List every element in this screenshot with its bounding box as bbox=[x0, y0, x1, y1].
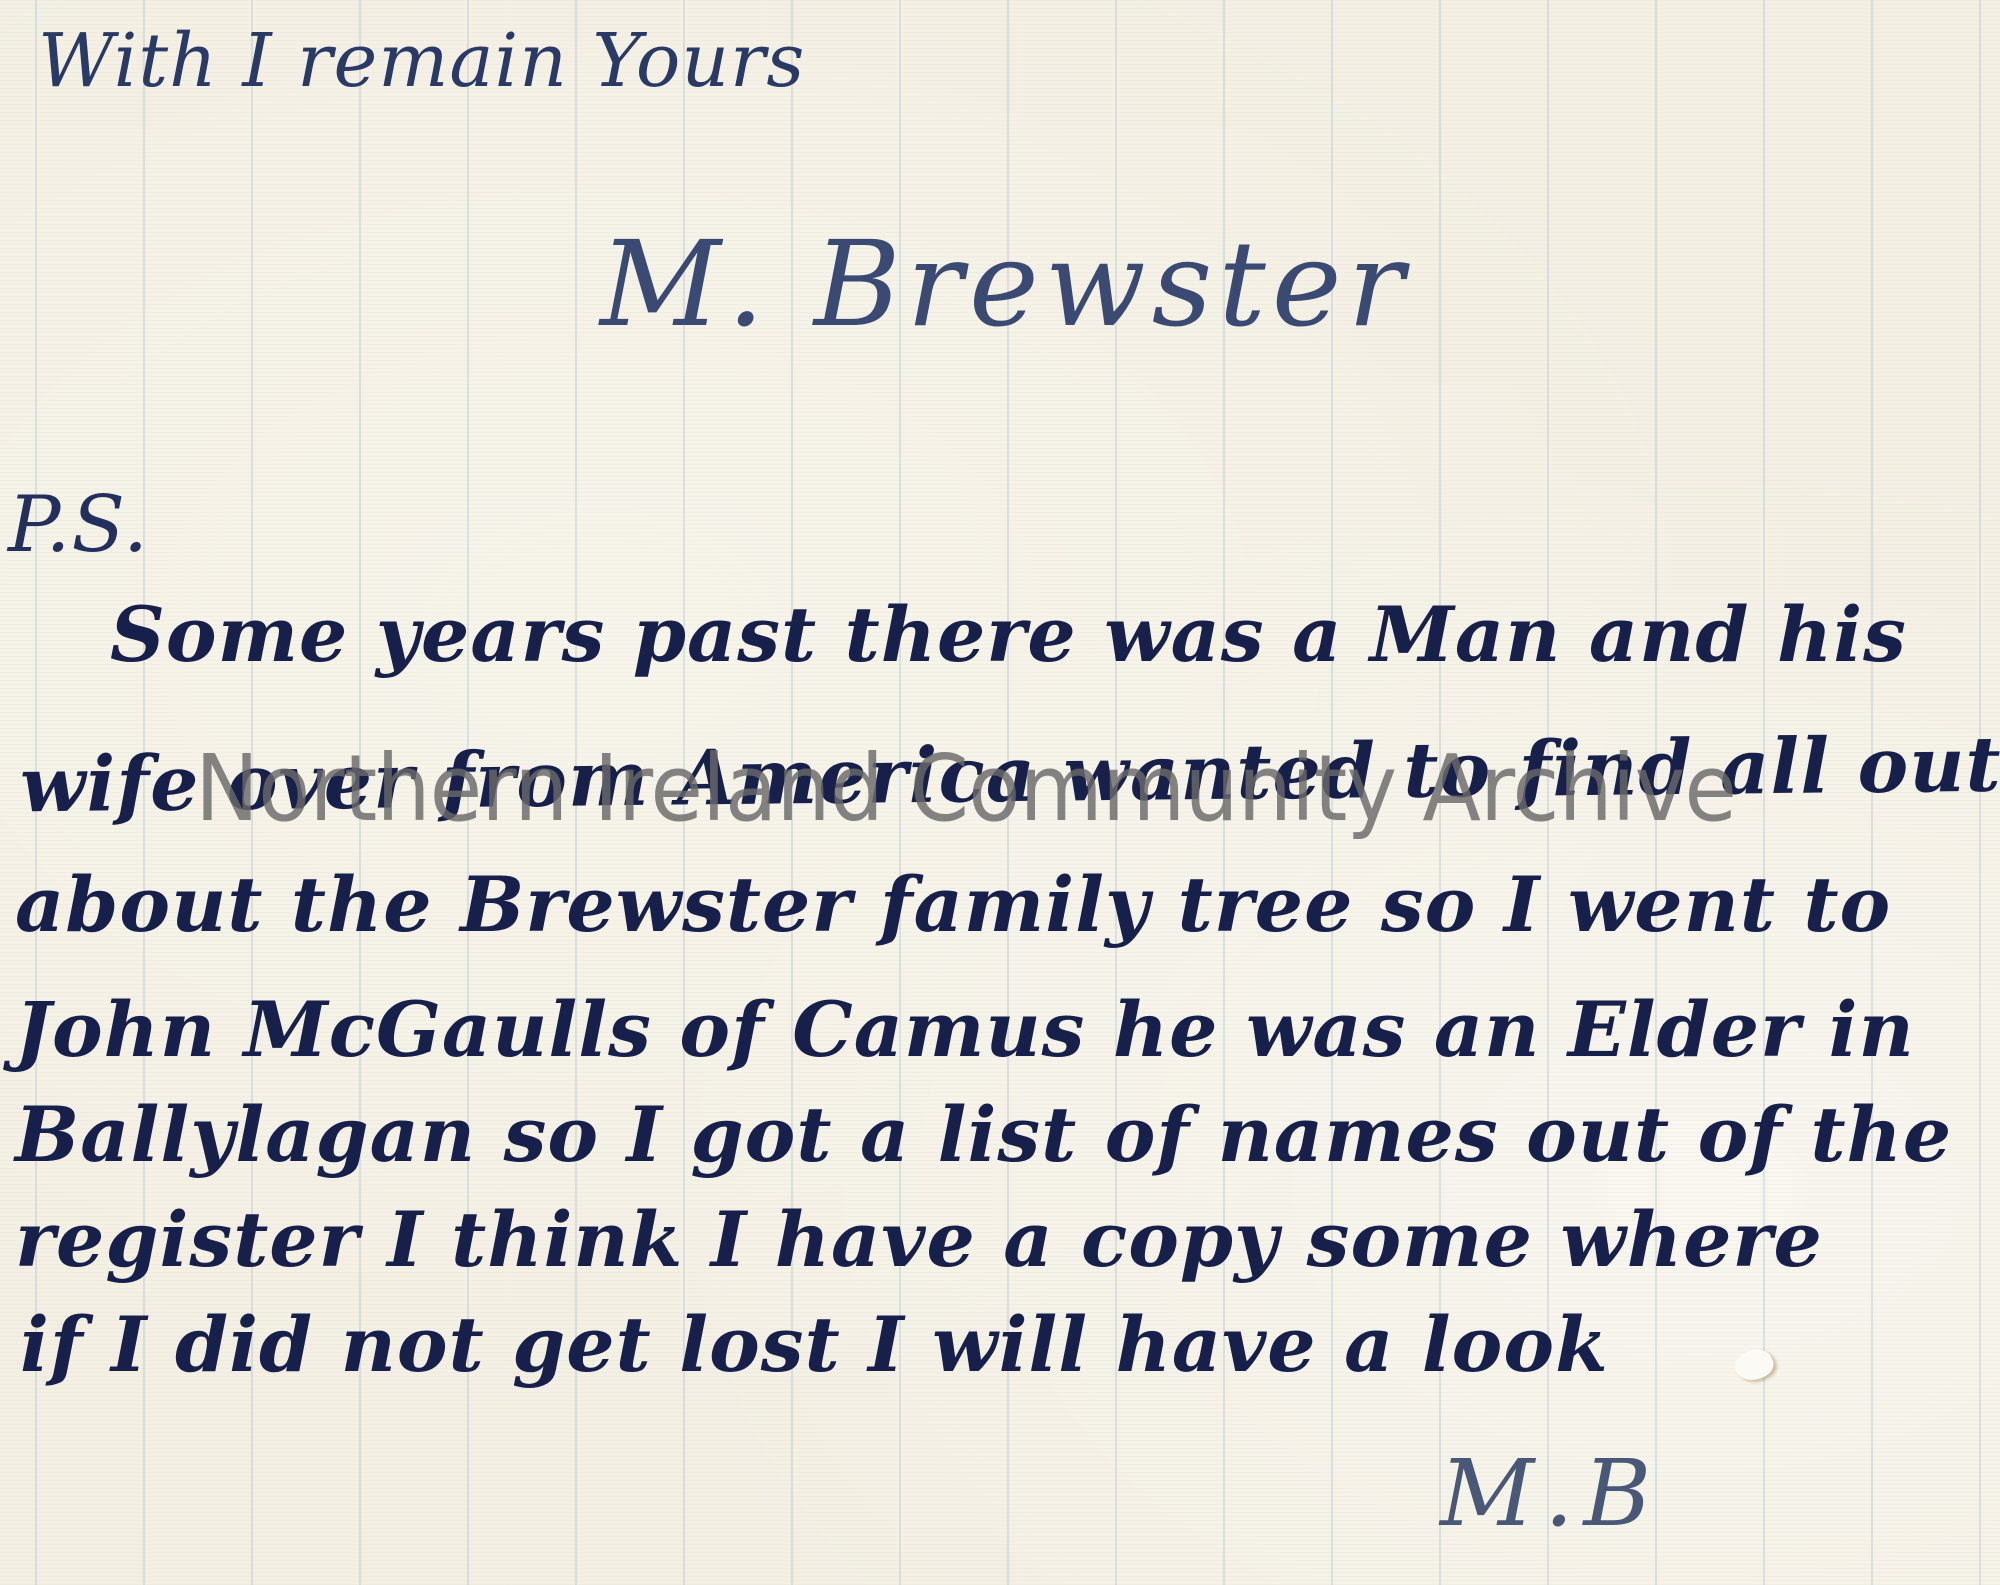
body-line-1: Some years past there was a Man and his bbox=[110, 590, 1907, 679]
body-line-3: about the Brewster family tree so I went… bbox=[15, 860, 1891, 949]
body-line-7: if I did not get lost I will have a look bbox=[20, 1300, 1609, 1389]
signature: M. Brewster bbox=[600, 215, 1410, 353]
body-line-4: John McGaulls of Camus he was an Elder i… bbox=[15, 985, 1915, 1074]
body-line-6: register I think I have a copy some wher… bbox=[15, 1195, 1823, 1284]
body-line-5: Ballylagan so I got a list of names out … bbox=[15, 1090, 1952, 1179]
letter-page: With I remain Yours M. Brewster P.S. Som… bbox=[0, 0, 2000, 1585]
letter-closing: With I remain Yours bbox=[38, 18, 805, 104]
initials-signature: M.B bbox=[1440, 1440, 1661, 1547]
postscript-label: P.S. bbox=[8, 480, 149, 570]
body-line-2: wife over from America wanted to find al… bbox=[20, 720, 2000, 830]
paper-tear bbox=[1730, 1343, 1777, 1386]
